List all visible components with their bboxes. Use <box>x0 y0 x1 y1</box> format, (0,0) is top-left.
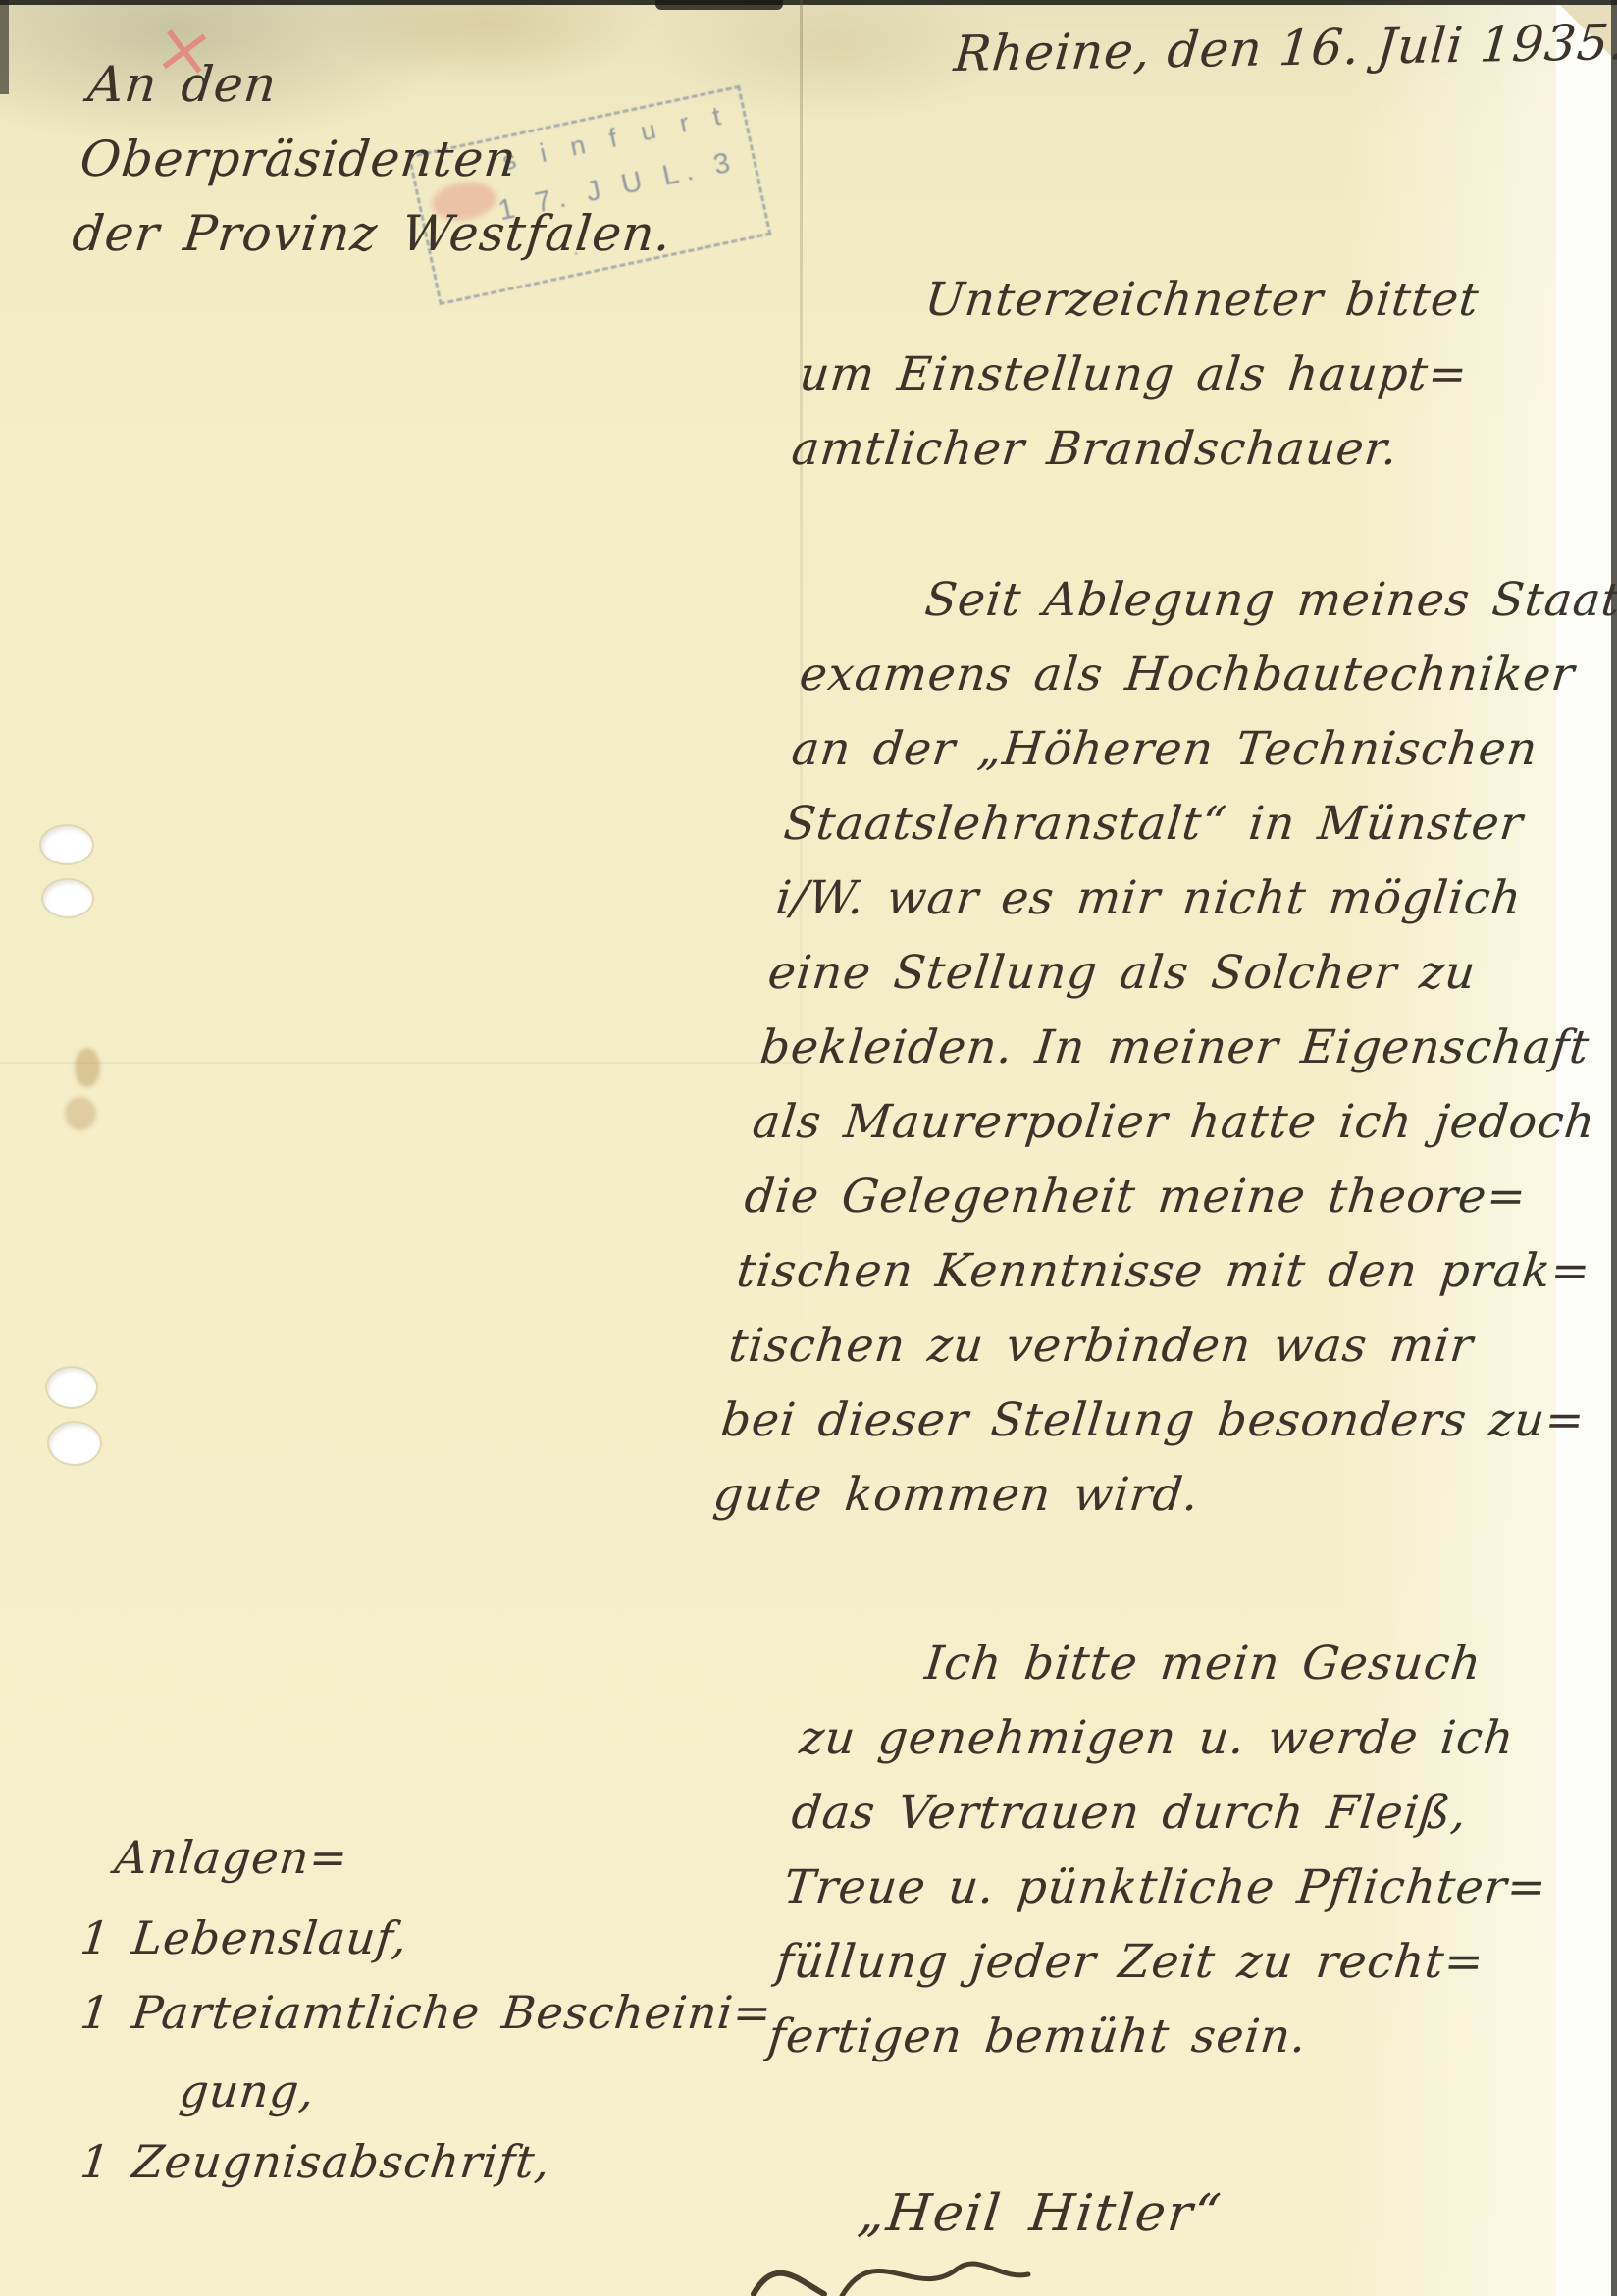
paragraph-background: Seit Ablegung meines Staats= examens als… <box>709 563 1617 1533</box>
punch-hole <box>49 1423 100 1464</box>
body-line: Unterzeichneter bittet <box>804 263 1483 338</box>
body-line: Staatslehranstalt“ in Münster <box>780 787 1617 861</box>
body-line: Ich bitte mein Gesuch <box>804 1627 1574 1701</box>
scanned-letter-canvas: × s i n f u r t 1 7. J U L. 3 · · An den… <box>0 0 1617 2296</box>
body-line: Seit Ablegung meines Staats= <box>804 563 1617 638</box>
body-line: das Vertrauen durch Fleiß, <box>788 1776 1558 1851</box>
body-line: die Gelegenheit meine theore= <box>741 1160 1617 1234</box>
body-line: gute kommen wird. <box>709 1458 1594 1533</box>
punch-hole <box>47 1368 96 1407</box>
closing-salute: „Heil Hitler“ <box>856 2184 1226 2243</box>
date-line: Rheine, den 16. Juli 1935. <box>952 14 1617 82</box>
body-line: fertigen bemüht sein. <box>764 2000 1535 2074</box>
enclosure-item: 1 Zeugnisabschrift, <box>78 2135 552 2188</box>
enclosure-item: gung, <box>177 2064 317 2117</box>
body-line: um Einstellung als haupt= <box>796 338 1475 412</box>
punch-hole <box>43 880 92 916</box>
address-line: der Provinz Westfalen. <box>69 196 675 271</box>
body-line: examens als Hochbautechniker <box>796 638 1617 712</box>
body-line: an der „Höheren Technischen <box>788 712 1617 787</box>
body-line: eine Stellung als Solcher zu <box>764 936 1617 1011</box>
signature-stroke <box>748 2251 1062 2296</box>
punch-hole <box>41 826 92 863</box>
recipient-address-block: An den Oberpräsidenten der Provinz Westf… <box>69 47 691 271</box>
address-line: An den <box>84 47 691 122</box>
body-line: bei dieser Stellung besonders zu= <box>717 1383 1602 1458</box>
body-line: tischen zu verbinden was mir <box>725 1309 1610 1383</box>
ink-stain <box>75 1048 100 1087</box>
body-line: tischen Kenntnisse mit den prak= <box>733 1234 1617 1309</box>
body-line: füllung jeder Zeit zu recht= <box>772 1925 1542 2000</box>
body-line: bekleiden. In meiner Eigenschaft <box>756 1011 1617 1085</box>
paragraph-request: Unterzeichneter bittet um Einstellung al… <box>788 263 1483 487</box>
scan-edge-top <box>0 0 1617 5</box>
address-line: Oberpräsidenten <box>77 122 683 196</box>
enclosures-heading: Anlagen= <box>112 1831 351 1884</box>
body-line: i/W. war es mir nicht möglich <box>772 861 1617 936</box>
body-line: Treue u. pünktliche Pflichter= <box>780 1851 1550 1925</box>
scan-edge-notch <box>655 0 783 10</box>
ink-stain <box>65 1097 96 1130</box>
paragraph-plea: Ich bitte mein Gesuch zu genehmigen u. w… <box>764 1627 1574 2074</box>
scan-edge-left <box>0 0 9 94</box>
body-line: amtlicher Brandschauer. <box>788 412 1467 487</box>
horizontal-fold-crease <box>0 1062 805 1064</box>
body-line: als Maurerpolier hatte ich jedoch <box>749 1085 1617 1160</box>
body-line: zu genehmigen u. werde ich <box>796 1701 1566 1776</box>
enclosure-item: 1 Parteiamtliche Bescheini= <box>78 1986 774 2039</box>
enclosure-item: 1 Lebenslauf, <box>78 1911 410 1964</box>
